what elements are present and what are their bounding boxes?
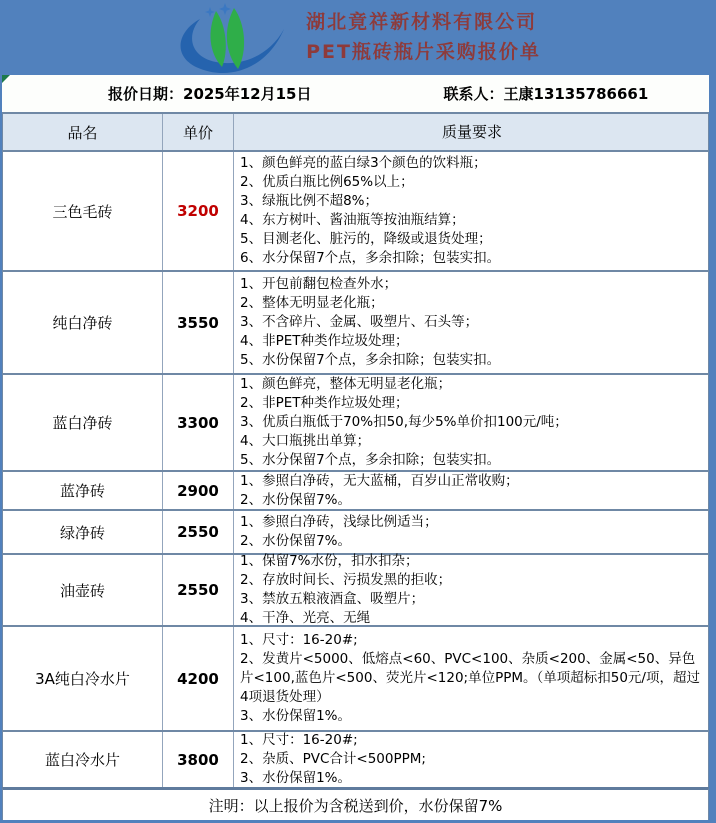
requirement-line: 5、水份保留7个点，多余扣除；包装实扣。 [240,351,704,370]
requirements-cell: 1、参照白净砖，浅绿比例适当；2、水份保留7%。 [234,511,708,553]
requirements-cell: 1、颜色鲜亮，整体无明显老化瓶；2、非PET种类作垃圾处理；3、优质白瓶低于70… [234,375,708,470]
requirement-line: 1、颜色鲜亮的蓝白绿3个颜色的饮料瓶； [240,154,704,173]
banner-titles: 湖北竟祥新材料有限公司 PET瓶砖瓶片采购报价单 [306,8,541,67]
requirement-line: 1、参照白净砖，浅绿比例适当； [240,513,704,532]
footer-note: 注明：以上报价为含税送到价，水份保留7% [209,795,503,816]
table-row: 绿净砖 2550 1、参照白净砖，浅绿比例适当；2、水份保留7%。 [3,509,708,553]
column-header-product: 品名 [3,114,163,150]
requirements-cell: 1、颜色鲜亮的蓝白绿3个颜色的饮料瓶；2、优质白瓶比例65%以上；3、绿瓶比例不… [234,152,708,270]
requirement-line: 3、不含碎片、金属、吸塑片、石头等； [240,313,704,332]
info-bar: 报价日期：2025年12月15日 联系人：王康13135786661 [2,75,709,112]
table-body: 三色毛砖 3200 1、颜色鲜亮的蓝白绿3个颜色的饮料瓶；2、优质白瓶比例65%… [3,150,708,787]
product-price: 3550 [163,272,234,373]
requirements-cell: 1、尺寸：16-20#;2、杂质、PVC合计<500PPM;3、水份保留1%。 [234,732,708,787]
banner: 湖北竟祥新材料有限公司 PET瓶砖瓶片采购报价单 [2,0,709,75]
contact-person: 联系人：王康13135786661 [444,83,649,104]
requirement-line: 3、水份保留1%。 [240,707,704,726]
table-row: 蓝净砖 2900 1、参照白净砖，无大蓝桶，百岁山正常收购；2、水份保留7%。 [3,470,708,509]
requirement-line: 4、干净、光亮、无绳 [240,609,704,628]
quote-date: 报价日期：2025年12月15日 [108,83,312,104]
product-price: 3200 [163,152,234,270]
company-name: 湖北竟祥新材料有限公司 [306,8,537,37]
requirement-line: 2、非PET种类作垃圾处理； [240,394,704,413]
product-name: 蓝净砖 [3,472,163,509]
requirement-line: 2、存放时间长、污损发黑的拒收； [240,571,704,590]
requirement-line: 4、非PET种类作垃圾处理； [240,332,704,351]
requirement-line: 2、水份保留7%。 [240,491,704,510]
requirement-line: 3、优质白瓶低于70%扣50,每少5%单价扣100元/吨； [240,413,704,432]
table-row: 3A纯白冷水片 4200 1、尺寸：16-20#;2、发黄片<5000、低熔点<… [3,625,708,730]
requirement-line: 2、发黄片<5000、低熔点<60、PVC<100、杂质<200、金属<50、异… [240,650,704,707]
requirement-line: 3、水份保留1%。 [240,769,704,788]
requirements-cell: 1、保留7%水份，扣水扣杂；2、存放时间长、污损发黑的拒收；3、禁放五粮液酒盒、… [234,555,708,625]
requirements-cell: 1、尺寸：16-20#;2、发黄片<5000、低熔点<60、PVC<100、杂质… [234,627,708,730]
product-price: 2550 [163,511,234,553]
product-name: 绿净砖 [3,511,163,553]
page-frame: 湖北竟祥新材料有限公司 PET瓶砖瓶片采购报价单 报价日期：2025年12月15… [0,0,716,823]
company-logo-icon [170,3,292,75]
requirements-cell: 1、参照白净砖，无大蓝桶，百岁山正常收购；2、水份保留7%。 [234,472,708,509]
requirement-line: 4、大口瓶挑出单算； [240,432,704,451]
product-name: 蓝白净砖 [3,375,163,470]
requirement-line: 1、参照白净砖，无大蓝桶，百岁山正常收购； [240,472,704,491]
table-header-row: 品名 单价 质量要求 [3,112,708,150]
table-row: 纯白净砖 3550 1、开包前翻包检查外水；2、整体无明显老化瓶；3、不含碎片、… [3,270,708,373]
requirements-cell: 1、开包前翻包检查外水；2、整体无明显老化瓶；3、不含碎片、金属、吸塑片、石头等… [234,272,708,373]
product-price: 3800 [163,732,234,787]
product-name: 油壶砖 [3,555,163,625]
requirement-line: 3、禁放五粮液酒盒、吸塑片； [240,590,704,609]
requirement-line: 4、东方树叶、酱油瓶等按油瓶结算； [240,211,704,230]
product-price: 4200 [163,627,234,730]
requirement-line: 1、颜色鲜亮，整体无明显老化瓶； [240,375,704,394]
requirement-line: 1、尺寸：16-20#; [240,731,704,750]
product-price: 3300 [163,375,234,470]
product-price: 2550 [163,555,234,625]
requirement-line: 2、杂质、PVC合计<500PPM; [240,750,704,769]
requirement-line: 5、目测老化、脏污的，降级或退货处理； [240,230,704,249]
requirement-line: 2、优质白瓶比例65%以上； [240,173,704,192]
requirement-line: 2、水份保留7%。 [240,532,704,551]
document-title: PET瓶砖瓶片采购报价单 [306,38,541,67]
quotation-table: 品名 单价 质量要求 三色毛砖 3200 1、颜色鲜亮的蓝白绿3个颜色的饮料瓶；… [2,112,709,787]
requirement-line: 2、整体无明显老化瓶； [240,294,704,313]
column-header-price: 单价 [163,114,234,150]
product-price: 2900 [163,472,234,509]
product-name: 3A纯白冷水片 [3,627,163,730]
table-row: 三色毛砖 3200 1、颜色鲜亮的蓝白绿3个颜色的饮料瓶；2、优质白瓶比例65%… [3,150,708,270]
table-row: 蓝白冷水片 3800 1、尺寸：16-20#;2、杂质、PVC合计<500PPM… [3,730,708,787]
requirement-line: 1、保留7%水份，扣水扣杂； [240,552,704,571]
cell-comment-marker-icon [2,75,10,83]
table-row: 油壶砖 2550 1、保留7%水份，扣水扣杂；2、存放时间长、污损发黑的拒收；3… [3,553,708,625]
table-row: 蓝白净砖 3300 1、颜色鲜亮，整体无明显老化瓶；2、非PET种类作垃圾处理；… [3,373,708,470]
footer-note-row: 注明：以上报价为含税送到价，水份保留7% [2,787,709,820]
requirement-line: 1、尺寸：16-20#; [240,631,704,650]
product-name: 纯白净砖 [3,272,163,373]
product-name: 三色毛砖 [3,152,163,270]
requirement-line: 5、水分保留7个点，多余扣除；包装实扣。 [240,451,704,470]
requirement-line: 1、开包前翻包检查外水； [240,275,704,294]
requirement-line: 6、水分保留7个点，多余扣除；包装实扣。 [240,249,704,268]
product-name: 蓝白冷水片 [3,732,163,787]
requirement-line: 3、绿瓶比例不超8%； [240,192,704,211]
column-header-quality: 质量要求 [234,114,708,150]
